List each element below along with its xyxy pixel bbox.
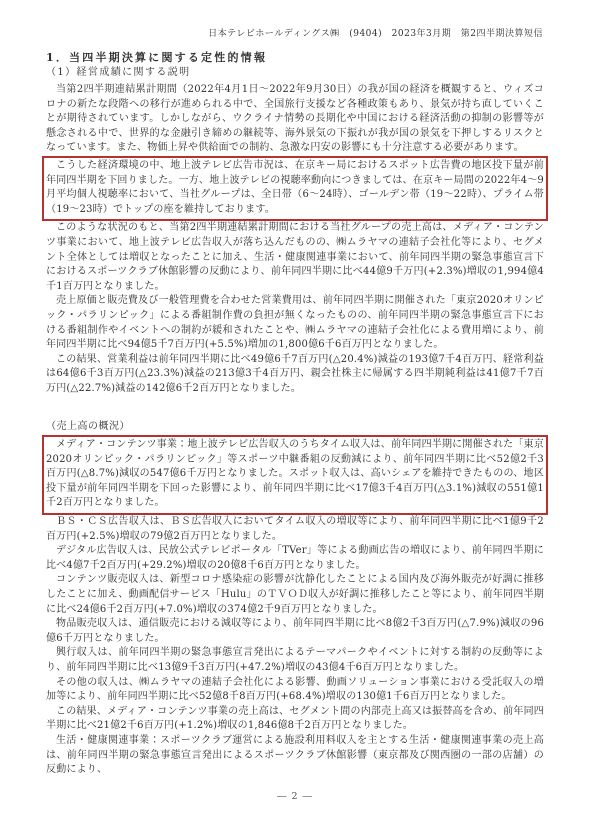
paragraph-digital-ad-revenue: デジタル広告収入は、民放公式テレビポータル「TVer」等による動画広告の増収によ… — [46, 544, 544, 573]
document-header: 日本テレビホールディングス㈱ (9404) 2023年3月期 第2四半期決算短信 — [208, 26, 543, 39]
paragraph-economic-environment: 当第2四半期連結累計期間（2022年4月1日～2022年9月30日）の我が国の経… — [46, 83, 544, 156]
paragraph-operating-expenses: 売上原価と販売費及び一般管理費を合わせた営業費用は、前年同四半期に開催された「東… — [46, 294, 544, 352]
paragraph-entertainment-revenue: 興行収入は、前年同四半期の緊急事態宣言発出によるテーマパークやイベントに対する制… — [46, 646, 544, 675]
paragraph-merchandise-revenue: 物品販売収入は、通信販売における減収等により、前年同四半期に比べ8億2千3百万円… — [46, 617, 544, 646]
paragraph-other-revenue: その他の収入は、㈱ムラヤマの連結子会社化による影響、動画ソリューション事業におけ… — [46, 676, 544, 705]
paragraph-bs-cs-ad-revenue: ＢＳ・ＣＳ広告収入は、ＢＳ広告収入においてタイム収入の増収等により、前年同四半期… — [46, 515, 544, 544]
subsection-title: （1）経営成績に関する説明 — [46, 65, 544, 80]
paragraph-media-content-ad-revenue: メディア・コンテンツ事業：地上波テレビ広告収入のうちタイム収入は、前年同四半期に… — [46, 438, 544, 511]
document-body: 1．当四半期決算に関する定性的情報 （1）経営成績に関する説明 当第2四半期連結… — [46, 50, 544, 778]
page-number: ― 2 ― — [0, 791, 590, 802]
paragraph-life-health-business: 生活・健康関連事業：スポーツクラブ運営による施設利用料収入を主とする生活・健康関… — [46, 734, 544, 778]
paragraph-content-sales-revenue: コンテンツ販売収入は、新型コロナ感染症の影響が沈静化したことによる国内及び海外販… — [46, 573, 544, 617]
paragraph-media-content-total: この結果、メディア・コンテンツ事業の売上高は、セグメント間の内部売上高又は振替高… — [46, 705, 544, 734]
paragraph-tv-ad-market: こうした経済環境の中、地上波テレビ広告市況は、在京キー局におけるスポット広告費の… — [46, 159, 544, 217]
paragraph-group-revenue: このような状況のもと、当第2四半期連結累計期間における当社グループの売上高は、メ… — [46, 221, 544, 294]
sales-overview-heading: （売上高の概況） — [46, 420, 544, 435]
highlight-box-media-content: メディア・コンテンツ事業：地上波テレビ広告収入のうちタイム収入は、前年同四半期に… — [42, 435, 548, 515]
document-page: 日本テレビホールディングス㈱ (9404) 2023年3月期 第2四半期決算短信… — [0, 0, 590, 834]
highlight-box-tv-ad-market: こうした経済環境の中、地上波テレビ広告市況は、在京キー局におけるスポット広告費の… — [42, 156, 548, 221]
section-title: 1．当四半期決算に関する定性的情報 — [46, 50, 544, 65]
paragraph-profit-results: この結果、営業利益は前年同四半期に比べ49億6千7百万円(△20.4%)減益の1… — [46, 353, 544, 397]
